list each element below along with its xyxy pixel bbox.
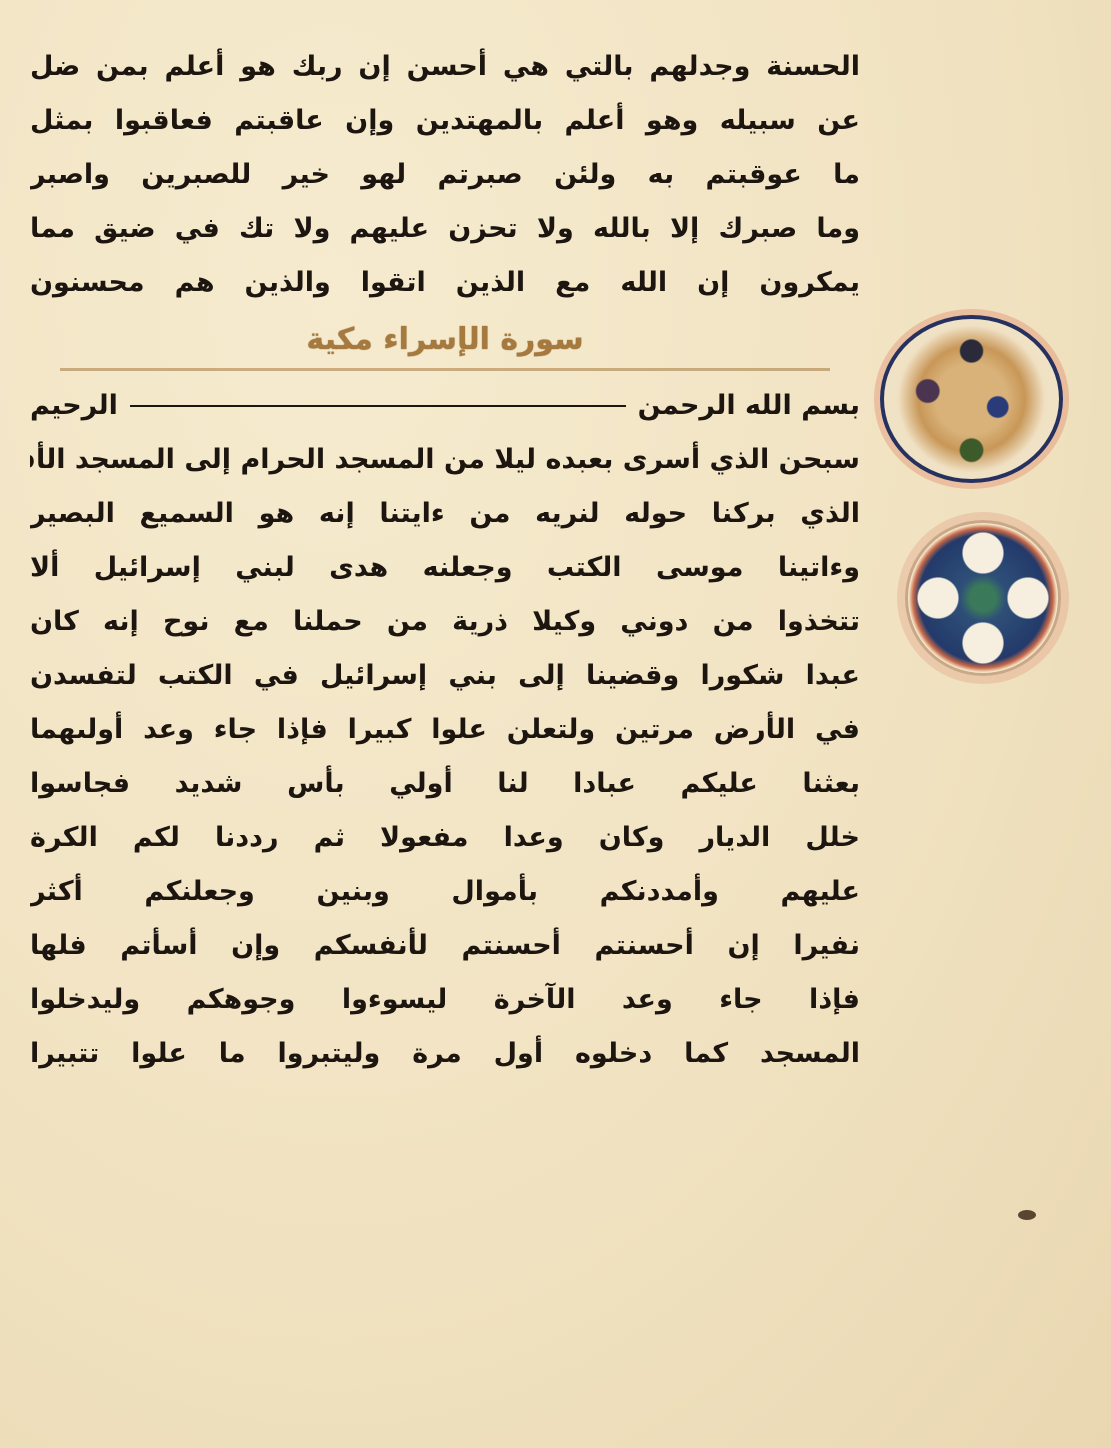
text-line: فإذا جاء وعد الآخرة ليسوءوا وجوهكم وليدخ… [30,973,860,1027]
text-line: الحسنة وجدلهم بالتي هي أحسن إن ربك هو أع… [30,40,860,94]
text-line: في الأرض مرتين ولتعلن علوا كبيرا فإذا جا… [30,703,860,757]
text-line: بعثنا عليكم عبادا لنا أولي بأس شديد فجاس… [30,757,860,811]
text-line: الذي بركنا حوله لنريه من ءايتنا إنه هو ا… [30,487,860,541]
text-line: يمكرون إن الله مع الذين اتقوا والذين هم … [30,256,860,310]
text-block: الحسنة وجدلهم بالتي هي أحسن إن ربك هو أع… [30,40,860,1081]
basmala-start: بسم الله الرحمن [638,379,860,433]
basmala-extension-stroke [130,405,626,407]
text-line: سبحن الذي أسرى بعبده ليلا من المسجد الحر… [30,433,860,487]
manuscript-folio: الحسنة وجدلهم بالتي هي أحسن إن ربك هو أع… [0,0,1111,1448]
surah-heading: سورة الإسراء مكية [60,312,830,371]
verse-count-medallion-icon [905,520,1061,676]
text-line: المسجد كما دخلوه أول مرة وليتبروا ما علو… [30,1027,860,1081]
text-line: تتخذوا من دوني وكيلا ذرية من حملنا مع نو… [30,595,860,649]
text-line: عليهم وأمددنكم بأموال وبنين وجعلنكم أكثر [30,865,860,919]
text-line: ما عوقبتم به ولئن صبرتم لهو خير للصبرين … [30,148,860,202]
text-line: وما صبرك إلا بالله ولا تحزن عليهم ولا تك… [30,202,860,256]
text-line: خلل الديار وكان وعدا مفعولا ثم رددنا لكم… [30,811,860,865]
text-line: عن سبيله وهو أعلم بالمهتدين وإن عاقبتم ف… [30,94,860,148]
surah-medallion-floral-icon [880,315,1063,483]
text-line: وءاتينا موسى الكتب وجعلنه هدى لبني إسرائ… [30,541,860,595]
ink-stain [1018,1210,1036,1220]
basmala-end: الرحيم [30,379,118,433]
basmala: بسم الله الرحمن الرحيم [30,379,860,433]
text-line: نفيرا إن أحسنتم أحسنتم لأنفسكم وإن أسأتم… [30,919,860,973]
text-line: عبدا شكورا وقضينا إلى بني إسرائيل في الك… [30,649,860,703]
